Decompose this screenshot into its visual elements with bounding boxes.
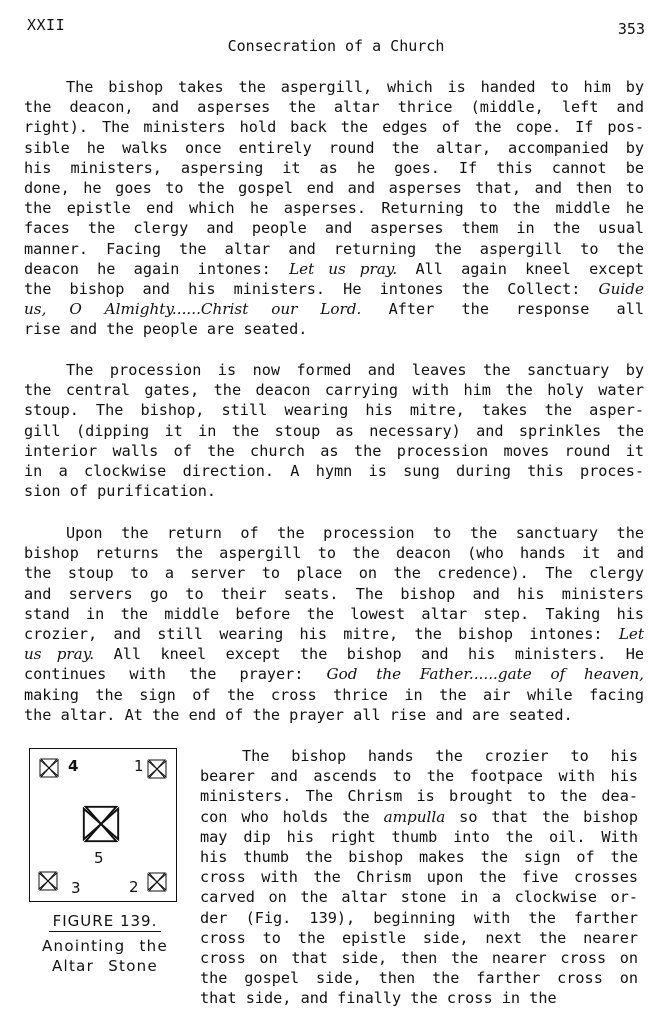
text-line: con who holds the ampulla so that the bi… bbox=[200, 807, 638, 827]
text-line: his thumb the bishop makes the sign of t… bbox=[200, 847, 638, 867]
consecration-cross-icon bbox=[146, 758, 168, 780]
text-line: continues with the prayer: God the Fathe… bbox=[24, 664, 644, 684]
text-line: carved on the altar stone in a clockwise… bbox=[200, 887, 638, 907]
italic-text: us pray. bbox=[24, 645, 94, 663]
italic-text: God the Father......gate of heaven, bbox=[327, 665, 644, 683]
text-line: The bishop takes the aspergill, which is… bbox=[24, 77, 644, 97]
consecration-cross-icon bbox=[37, 870, 59, 892]
text-line: in a clockwise direction. A hymn is sung… bbox=[24, 461, 644, 481]
book-page: XXII 353 Consecration of a Church The bi… bbox=[0, 0, 661, 1029]
paragraph-procession: The procession is now formed and leaves … bbox=[24, 360, 644, 501]
cross-number-1: 1 bbox=[134, 757, 144, 775]
text-line: and servers go to their seats. The bisho… bbox=[24, 584, 644, 604]
cross-number-4: 4 bbox=[68, 757, 78, 775]
italic-text: us, O Almighty......Christ our Lord. bbox=[24, 300, 361, 318]
text-line: us, O Almighty......Christ our Lord. Aft… bbox=[24, 299, 644, 319]
italic-text: Guide bbox=[599, 280, 644, 298]
text-line: done, he goes to the gospel end and aspe… bbox=[24, 178, 644, 198]
figure-caption-line-2: Altar Stone bbox=[22, 956, 188, 976]
italic-text: Let us pray. bbox=[289, 260, 397, 278]
text-line: the bishop and his ministers. He intones… bbox=[24, 279, 644, 299]
figure-altar-stone-diagram: 4 1 5 3 2 bbox=[29, 748, 177, 902]
text-line: cross with the Chrism upon the five cros… bbox=[200, 867, 638, 887]
text-line: making the sign of the cross thrice in t… bbox=[24, 685, 644, 705]
text-line: Upon the return of the procession to the… bbox=[24, 523, 644, 543]
text-line: the epistle end which he asperses. Retur… bbox=[24, 198, 644, 218]
text-line: the altar. At the end of the prayer all … bbox=[24, 705, 644, 725]
figure-caption-line-1: Anointing the bbox=[22, 936, 188, 956]
text-line: der (Fig. 139), beginning with the farth… bbox=[200, 908, 638, 928]
text-line: cross on that side, then the nearer cros… bbox=[200, 948, 638, 968]
text-line: rise and the people are seated. bbox=[24, 319, 644, 339]
text-line: bishop returns the aspergill to the deac… bbox=[24, 543, 644, 563]
text-line: the stoup to a server to place on the cr… bbox=[24, 563, 644, 583]
text-line: the central gates, the deacon carrying w… bbox=[24, 380, 644, 400]
text-line: interior walls of the church as the proc… bbox=[24, 441, 644, 461]
cross-number-3: 3 bbox=[71, 879, 81, 897]
paragraph-return-to-sanctuary: Upon the return of the procession to the… bbox=[24, 523, 644, 725]
text-line: The procession is now formed and leaves … bbox=[24, 360, 644, 380]
text-line: us pray. All kneel except the bishop and… bbox=[24, 644, 644, 664]
text-line: deacon he again intones: Let us pray. Al… bbox=[24, 259, 644, 279]
text-line: sible he walks once entirely round the a… bbox=[24, 138, 644, 158]
consecration-cross-icon bbox=[38, 757, 60, 779]
page-title: Consecration of a Church bbox=[0, 37, 661, 55]
text-line: stoup. The bishop, still wearing his mit… bbox=[24, 400, 644, 420]
text-line: may dip his right thumb into the oil. Wi… bbox=[200, 827, 638, 847]
text-line: that side, and finally the cross in the bbox=[200, 988, 638, 1008]
text-line: his ministers, aspersing it as he goes. … bbox=[24, 158, 644, 178]
chapter-number: XXII bbox=[27, 16, 65, 34]
text-line: the deacon, and asperses the altar thric… bbox=[24, 97, 644, 117]
page-number: 353 bbox=[618, 20, 645, 38]
italic-text: Let bbox=[619, 625, 644, 643]
text-line: gill (dipping it in the stoup as necessa… bbox=[24, 421, 644, 441]
figure-caption: FIGURE 139. Anointing the Altar Stone bbox=[22, 912, 188, 976]
paragraph-anointing-altar-stone: The bishop hands the crozier to hisbeare… bbox=[200, 746, 638, 1009]
text-line: manner. Facing the altar and returning t… bbox=[24, 239, 644, 259]
paragraph-aspersing-altar: The bishop takes the aspergill, which is… bbox=[24, 77, 644, 340]
consecration-cross-icon bbox=[146, 871, 168, 893]
text-line: bearer and ascends to the footpace with … bbox=[200, 766, 638, 786]
text-line: The bishop hands the crozier to his bbox=[200, 746, 638, 766]
italic-text: ampulla bbox=[384, 808, 446, 826]
text-line: right). The ministers hold back the edge… bbox=[24, 117, 644, 137]
figure-label: FIGURE 139. bbox=[49, 912, 162, 932]
text-line: ministers. The Chrism is brought to the … bbox=[200, 786, 638, 806]
cross-number-2: 2 bbox=[129, 878, 139, 896]
text-line: cross to the epistle side, next the near… bbox=[200, 928, 638, 948]
text-line: faces the clergy and people and asperses… bbox=[24, 218, 644, 238]
cross-number-5: 5 bbox=[94, 849, 104, 867]
consecration-cross-icon bbox=[80, 803, 122, 845]
text-line: the gospel side, then the farther cross … bbox=[200, 968, 638, 988]
text-line: crozier, and still wearing his mitre, th… bbox=[24, 624, 644, 644]
text-line: sion of purification. bbox=[24, 481, 644, 501]
text-line: stand in the middle before the lowest al… bbox=[24, 604, 644, 624]
